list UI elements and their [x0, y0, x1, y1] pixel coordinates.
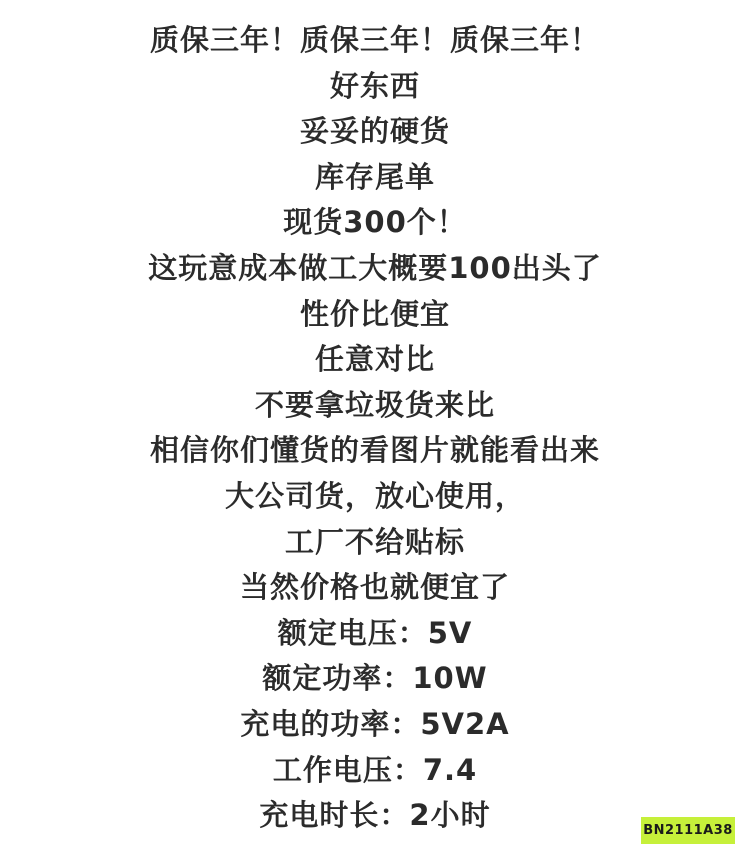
no-junk-compare-line: 不要拿垃圾货来比: [255, 383, 495, 429]
value-line: 性价比便宜: [300, 292, 450, 338]
trust-line: 相信你们懂货的看图片就能看出来: [150, 428, 600, 474]
no-label-line: 工厂不给贴标: [285, 520, 465, 566]
warranty-line: 质保三年！质保三年！质保三年！: [150, 18, 600, 64]
big-company-line: 大公司货，放心使用，: [225, 474, 525, 520]
cheap-price-line: 当然价格也就便宜了: [240, 565, 510, 611]
in-stock-count-line: 现货300个！: [283, 200, 467, 246]
spec-working-voltage: 工作电压：7.4: [273, 748, 477, 794]
spec-rated-power: 额定功率：10W: [262, 656, 487, 702]
spec-charging-power: 充电的功率：5V2A: [240, 702, 509, 748]
solid-goods-line: 妥妥的硬货: [300, 109, 450, 155]
compare-line: 任意对比: [315, 337, 435, 383]
spec-charging-time: 充电时长：2小时: [259, 793, 490, 839]
spec-rated-voltage: 额定电压：5V: [278, 611, 473, 657]
stock-clearance-line: 库存尾单: [315, 155, 435, 201]
product-code-badge: BN2111A38: [641, 817, 735, 844]
good-stuff-line: 好东西: [330, 64, 420, 110]
cost-line: 这玩意成本做工大概要100出头了: [148, 246, 602, 292]
product-description: 质保三年！质保三年！质保三年！ 好东西 妥妥的硬货 库存尾单 现货300个！ 这…: [0, 18, 750, 839]
